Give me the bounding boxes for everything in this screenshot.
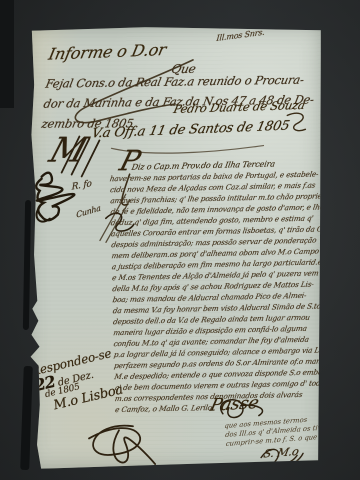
torn-edge-shadow — [20, 366, 33, 470]
manuscript-page: Ill.mos Snrs. Informe o D.or Que Fejal C… — [25, 23, 325, 471]
body-paragraph: Diz o Cap.m Prov.do da Ilha Terceira hav… — [109, 158, 329, 416]
approval-word: Passe — [208, 393, 261, 416]
photo-of-manuscript: Ill.mos Snrs. Informe o D.or Que Fejal C… — [0, 0, 360, 480]
mat-shadow-top-left — [0, 0, 14, 108]
torn-edge-shadow-mid — [23, 200, 31, 330]
monogram-scribble — [36, 173, 74, 221]
docket-flourish — [89, 425, 155, 464]
